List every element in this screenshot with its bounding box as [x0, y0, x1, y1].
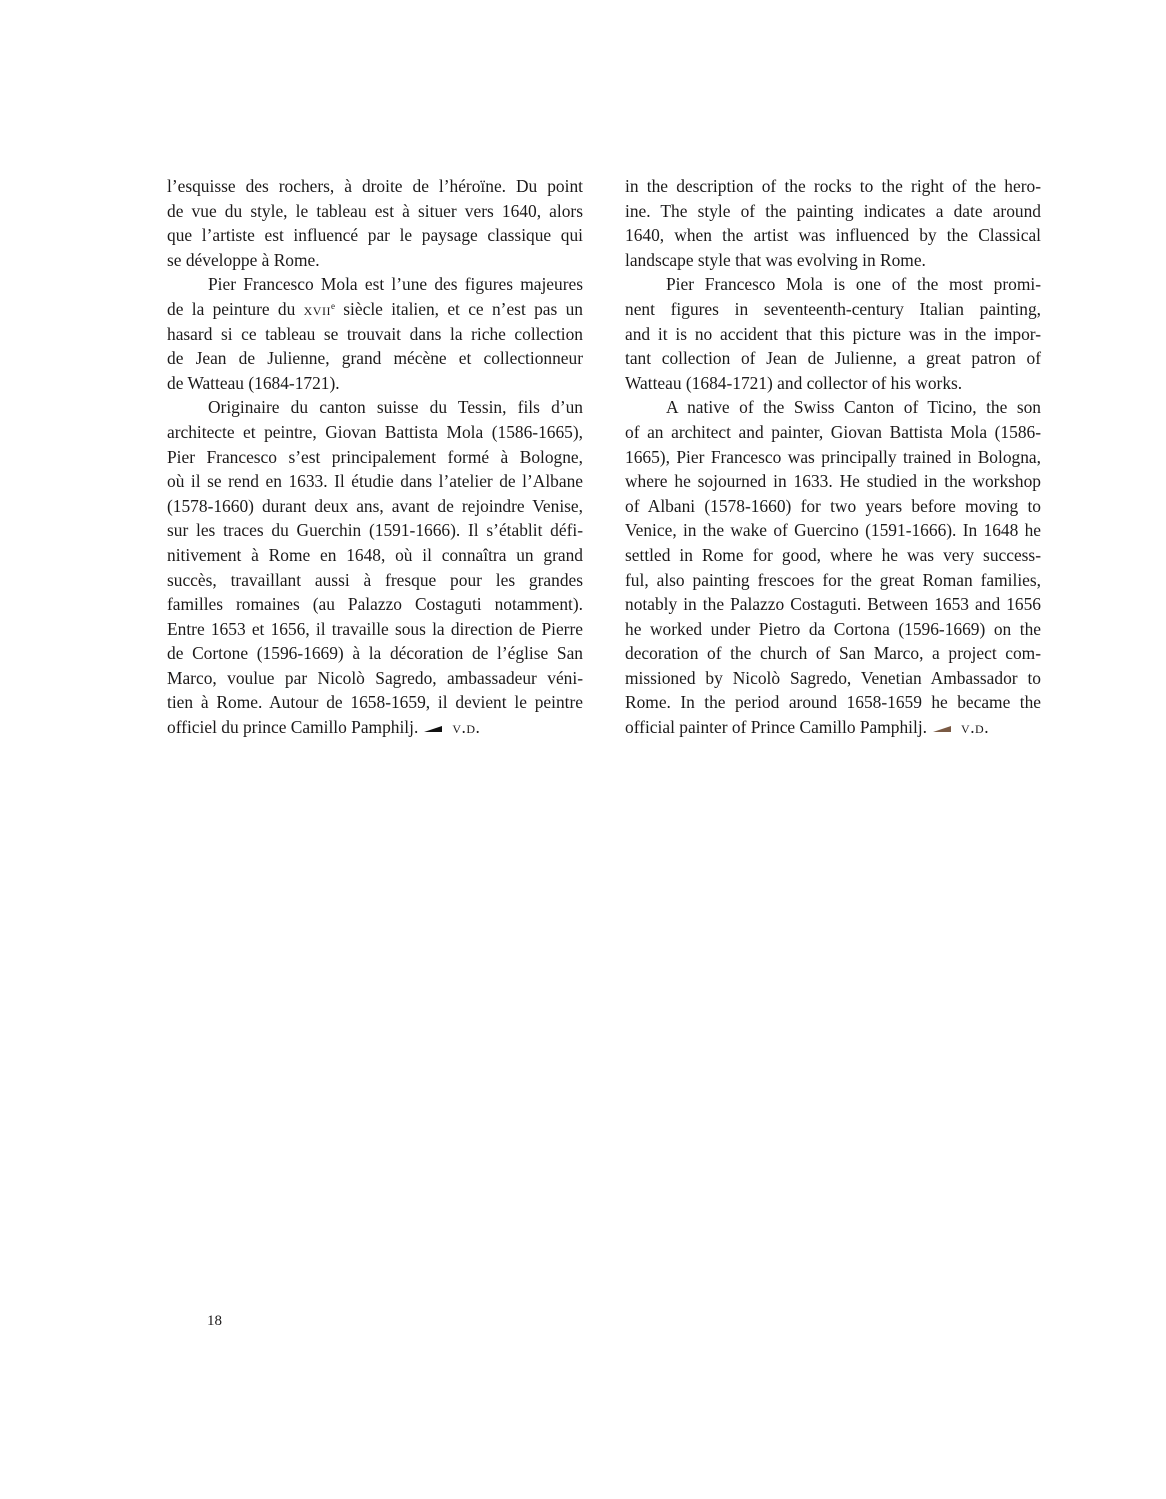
text-line: que l’artiste est influencé par le paysa…	[167, 223, 583, 248]
text-line-final: officiel du prince Camillo Pamphilj.v.d.	[167, 715, 583, 740]
text-line: succès, travaillant aussi à fresque pour…	[167, 568, 583, 593]
text-line: and it is no accident that this picture …	[625, 322, 1041, 347]
text-line: Marco, voulue par Nicolò Sagredo, ambass…	[167, 666, 583, 691]
text-line: sur les traces du Guerchin (1591-1666). …	[167, 518, 583, 543]
text-line: Watteau (1684-1721) and collector of his…	[625, 371, 1041, 396]
french-text-column: l’esquisse des rochers, à droite de l’hé…	[167, 174, 583, 740]
century-numeral: xvii	[304, 299, 331, 319]
text-line: de vue du style, le tableau est à situer…	[167, 199, 583, 224]
text-line: Originaire du canton suisse du Tessin, f…	[167, 395, 583, 420]
text-line: nitivement à Rome en 1648, où il connaît…	[167, 543, 583, 568]
text-line: Pier Francesco s’est principalement form…	[167, 445, 583, 470]
text-line: Entre 1653 et 1656, il travaille sous la…	[167, 617, 583, 642]
text-line: notably in the Palazzo Costaguti. Betwee…	[625, 592, 1041, 617]
text-line: missioned by Nicolò Sagredo, Venetian Am…	[625, 666, 1041, 691]
text-line: Pier Francesco Mola est l’une des figure…	[167, 272, 583, 297]
page-number: 18	[207, 1313, 222, 1330]
text-line: de Jean de Julienne, grand mécène et col…	[167, 346, 583, 371]
text-line: in the description of the rocks to the r…	[625, 174, 1041, 199]
text-line: tien à Rome. Autour de 1658-1659, il dev…	[167, 690, 583, 715]
text-line: landscape style that was evolving in Rom…	[625, 248, 1041, 273]
text-line: se développe à Rome.	[167, 248, 583, 273]
author-initials: v.d.	[452, 717, 480, 737]
text-line: architecte et peintre, Giovan Battista M…	[167, 420, 583, 445]
author-initials: v.d.	[961, 717, 989, 737]
text-fragment: officiel du prince Camillo Pamphilj.	[167, 717, 418, 737]
text-line: 1640, when the artist was influenced by …	[625, 223, 1041, 248]
text-line: ful, also painting frescoes for the grea…	[625, 568, 1041, 593]
text-line-with-century: de la peinture du xviie siècle italien, …	[167, 297, 583, 322]
text-line: 1665), Pier Francesco was principally tr…	[625, 445, 1041, 470]
text-line: l’esquisse des rochers, à droite de l’hé…	[167, 174, 583, 199]
text-line: settled in Rome for good, where he was v…	[625, 543, 1041, 568]
text-line: de Cortone (1596-1669) à la décoration d…	[167, 641, 583, 666]
text-line: Venice, in the wake of Guercino (1591-16…	[625, 518, 1041, 543]
text-line: où il se rend en 1633. Il étudie dans l’…	[167, 469, 583, 494]
end-mark-icon	[933, 726, 951, 732]
text-line: where he sojourned in 1633. He studied i…	[625, 469, 1041, 494]
text-fragment: official painter of Prince Camillo Pamph…	[625, 717, 927, 737]
text-fragment: de la peinture du xvii	[167, 299, 331, 319]
text-fragment: siècle italien, et ce n’est pas un	[335, 299, 583, 319]
text-line-final: official painter of Prince Camillo Pamph…	[625, 715, 1041, 740]
text-line: ine. The style of the painting indicates…	[625, 199, 1041, 224]
english-text-column: in the description of the rocks to the r…	[625, 174, 1041, 740]
text-line: he worked under Pietro da Cortona (1596-…	[625, 617, 1041, 642]
text-line: of Albani (1578-1660) for two years befo…	[625, 494, 1041, 519]
text-line: nent figures in seventeenth-century Ital…	[625, 297, 1041, 322]
text-line: (1578-1660) durant deux ans, avant de re…	[167, 494, 583, 519]
text-line: hasard si ce tableau se trouvait dans la…	[167, 322, 583, 347]
text-line: Rome. In the period around 1658-1659 he …	[625, 690, 1041, 715]
text-line: tant collection of Jean de Julienne, a g…	[625, 346, 1041, 371]
text-line: de Watteau (1684-1721).	[167, 371, 583, 396]
text-line: decoration of the church of San Marco, a…	[625, 641, 1041, 666]
text-line: familles romaines (au Palazzo Costaguti …	[167, 592, 583, 617]
text-line: of an architect and painter, Giovan Batt…	[625, 420, 1041, 445]
text-line: A native of the Swiss Canton of Ticino, …	[625, 395, 1041, 420]
text-line: Pier Francesco Mola is one of the most p…	[625, 272, 1041, 297]
end-mark-icon	[424, 726, 442, 732]
